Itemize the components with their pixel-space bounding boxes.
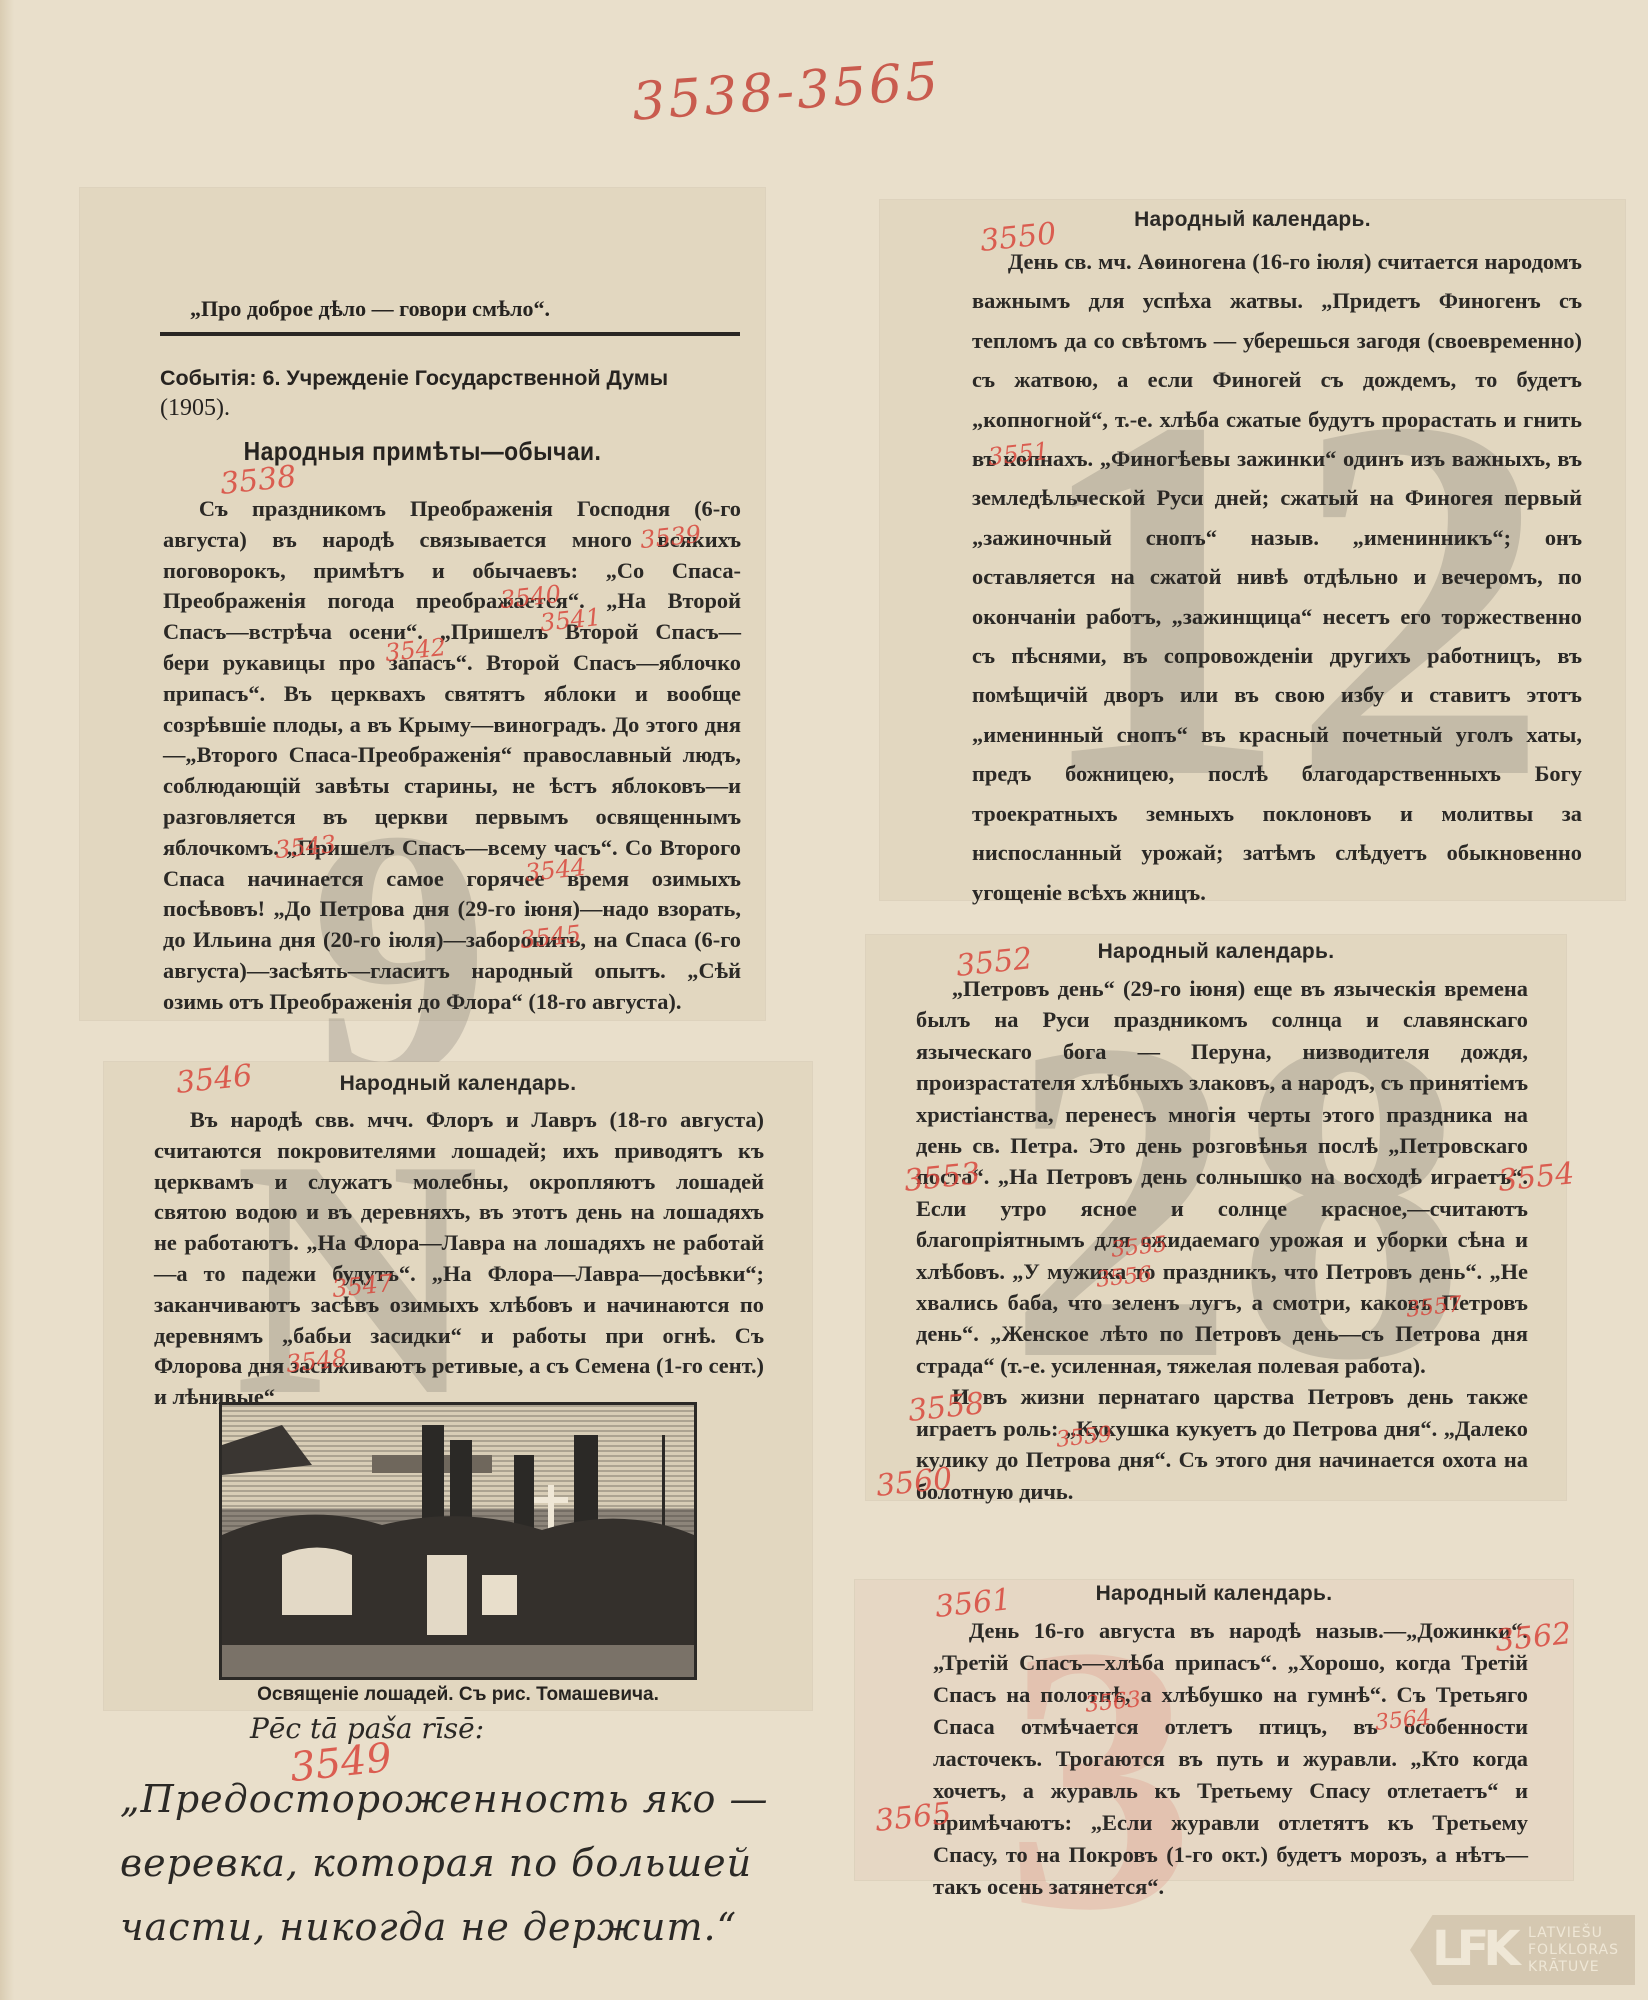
- clipping-dozhinki: 3 Народный календарь. День 16-го августа…: [855, 1580, 1573, 1880]
- motto: „Про доброе дѣло — говори смѣло“.: [190, 296, 550, 322]
- clipping-paragraph: И въ жизни пернатаго царства Петровъ ден…: [916, 1381, 1528, 1507]
- clipping-body: День св. мч. Аѳиногена (16-го іюля) счит…: [972, 242, 1582, 912]
- logo-mark-icon: LFK: [1432, 1921, 1515, 1977]
- procession-illustration-icon: [222, 1405, 694, 1677]
- handwritten-quote: „Предостороженность яко — веревка, котор…: [120, 1767, 810, 1959]
- illustration-caption: Освященіе лошадей. Съ рис. Томашевича.: [104, 1684, 812, 1706]
- logo-line: FOLKLORAS: [1528, 1942, 1619, 1959]
- archive-logo: LFK LATVIEŠU FOLKLORAS KRĀTUVE: [1410, 1915, 1635, 1985]
- logo-line: KRĀTUVE: [1528, 1959, 1619, 1976]
- events-text: Событія: 6. Учрежденіе Государственной Д…: [160, 366, 668, 390]
- clipping-body: „Петровъ день“ (29-го іюня) еще въ языче…: [916, 973, 1528, 1507]
- clipping-body: День 16-го августа въ народѣ назыв.—„Дож…: [933, 1615, 1528, 1903]
- clipping-customs: 9 „Про доброе дѣло — говори смѣло“. Собы…: [80, 188, 765, 1020]
- clipping-flor-lavr: N Народный календарь. Въ народѣ свв. мчч…: [104, 1062, 812, 1710]
- logo-text: LATVIEŠU FOLKLORAS KRĀTUVE: [1528, 1925, 1619, 1976]
- clipping-heading: Народныя примѣты—обычаи.: [121, 436, 724, 467]
- annotation-number: 3562: [1493, 1616, 1573, 1659]
- events-line: Событія: 6. Учрежденіе Государственной Д…: [160, 363, 740, 423]
- sheet-number-range: 3538-3565: [630, 51, 943, 132]
- logo-line: LATVIEŠU: [1528, 1925, 1619, 1942]
- clipping-body: Съ праздникомъ Преображенія Господня (6-…: [163, 494, 741, 1018]
- clipping-petrov-den: 28 Народный календарь. „Петровъ день“ (2…: [866, 935, 1566, 1500]
- events-year: (1905).: [160, 395, 230, 421]
- heading-rule: [160, 332, 740, 336]
- engraving-illustration: [219, 1402, 697, 1680]
- clipping-afinogen: 12 Народный календарь. День св. мч. Аѳин…: [880, 200, 1625, 900]
- page-edge: [0, 0, 14, 2000]
- annotation-number: 3554: [1496, 1156, 1576, 1199]
- clipping-body: Въ народѣ свв. мчч. Флоръ и Лавръ (18-го…: [154, 1105, 764, 1413]
- clipping-paragraph: „Петровъ день“ (29-го іюня) еще въ языче…: [916, 973, 1528, 1381]
